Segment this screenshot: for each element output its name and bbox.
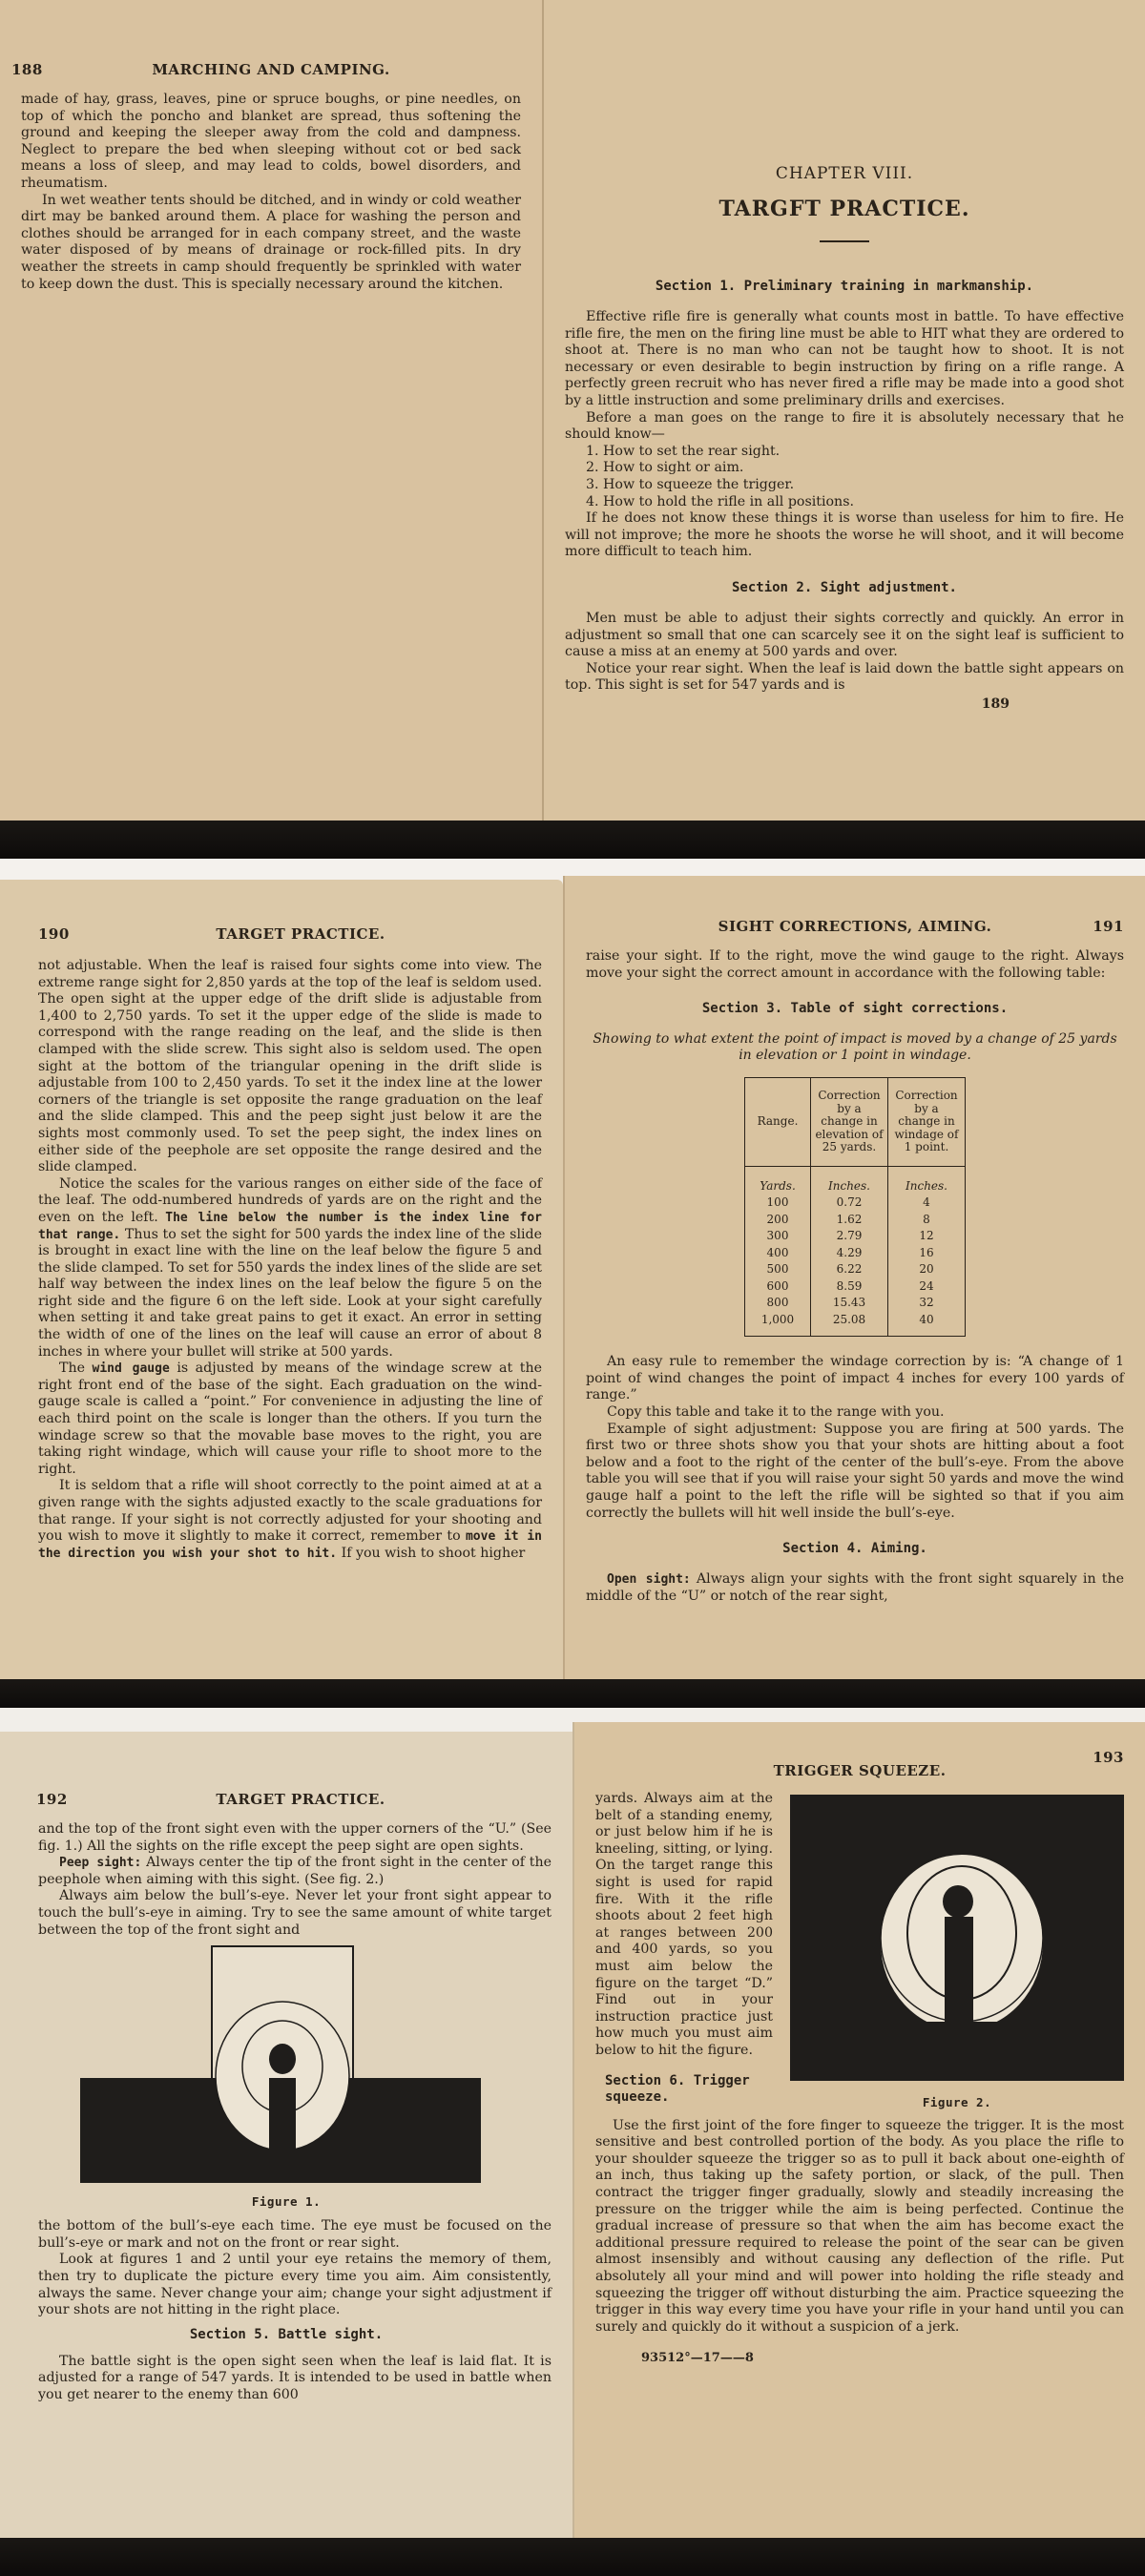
text-span: The <box>59 1361 93 1376</box>
cell: 500 <box>745 1261 811 1278</box>
section-heading: Section 2. Sight adjustment. <box>565 580 1124 595</box>
shadow <box>0 2538 1145 2576</box>
section-heading: Section 1. Preliminary training in markm… <box>565 279 1124 294</box>
page-number: 192 <box>36 1791 68 1808</box>
paragraph: Notice the scales for the various ranges… <box>38 1176 542 1361</box>
table-row: 1000.724 <box>745 1195 966 1212</box>
cell: 2.79 <box>811 1228 888 1245</box>
running-head-title: MARCHING AND CAMPING. <box>152 61 389 78</box>
bold-text: Peep sight: <box>59 1856 141 1870</box>
body-text: Figure 2. yards. Always aim at the belt … <box>595 1791 1124 2336</box>
table-row: 5006.2220 <box>745 1261 966 1278</box>
paragraph: and the top of the front sight even with… <box>38 1821 552 1855</box>
table-row: 6008.5924 <box>745 1278 966 1296</box>
list-item: 3. How to squeeze the trigger. <box>586 477 1124 494</box>
page-192: 192 TARGET PRACTICE. and the top of the … <box>0 1732 572 2562</box>
list-item: 4. How to hold the rifle in all position… <box>586 494 1124 511</box>
bold-text: Open sight: <box>607 1572 691 1587</box>
paragraph: Men must be able to adjust their sights … <box>565 611 1124 661</box>
photo-spread-188-189: 188 MARCHING AND CAMPING. made of hay, g… <box>0 0 1145 859</box>
paragraph: If he does not know these things it is w… <box>565 510 1124 561</box>
paragraph: raise your sight. If to the right, move … <box>586 948 1124 982</box>
cell: 0.72 <box>811 1195 888 1212</box>
cell: 200 <box>745 1212 811 1229</box>
text-span: If you wish to shoot higher <box>337 1546 525 1561</box>
unit-cell: Inches. <box>811 1166 888 1195</box>
page-191: SIGHT CORRECTIONS, AIMING. 191 raise you… <box>563 876 1145 1682</box>
table-row: 80015.4332 <box>745 1295 966 1312</box>
paragraph: Before a man goes on the range to fire i… <box>565 410 1124 444</box>
paragraph: not adjustable. When the leaf is raised … <box>38 958 542 1176</box>
chapter-title: TARGFT PRACTICE. <box>565 197 1124 221</box>
cell: 1.62 <box>811 1212 888 1229</box>
body-text: the bottom of the bull’s-eye each time. … <box>21 2218 552 2319</box>
figure-caption: Figure 1. <box>21 2194 552 2209</box>
page-188: 188 MARCHING AND CAMPING. made of hay, g… <box>0 0 542 821</box>
cell: 4 <box>888 1195 966 1212</box>
cell: 32 <box>888 1295 966 1312</box>
running-head: SIGHT CORRECTIONS, AIMING. 191 <box>586 918 1124 941</box>
running-head-title: TARGET PRACTICE. <box>216 925 385 943</box>
column-header: Correction by a change in windage of 1 p… <box>888 1078 966 1167</box>
paragraph: Effective rifle fire is generally what c… <box>565 309 1124 410</box>
paragraph: the bottom of the bull’s-eye each time. … <box>38 2218 552 2252</box>
cell: 16 <box>888 1245 966 1262</box>
table-row: Yards. Inches. Inches. <box>745 1166 966 1195</box>
paragraph: Example of sight adjustment: Suppose you… <box>586 1422 1124 1523</box>
paragraph: The wind gauge is adjusted by means of t… <box>38 1361 542 1478</box>
cell: 4.29 <box>811 1245 888 1262</box>
body-text: An easy rule to remember the windage cor… <box>586 1354 1124 1522</box>
list-item: 2. How to sight or aim. <box>586 460 1124 477</box>
paragraph: Copy this table and take it to the range… <box>586 1404 1124 1422</box>
table-row: 4004.2916 <box>745 1245 966 1262</box>
cell: 400 <box>745 1245 811 1262</box>
paragraph: It is seldom that a rifle will shoot cor… <box>38 1478 542 1562</box>
figure-1: Figure 1. <box>21 1944 552 2209</box>
body-text: Effective rifle fire is generally what c… <box>565 309 1124 444</box>
photo-spread-190-191: 190 TARGET PRACTICE. not adjustable. Whe… <box>0 859 1145 1708</box>
peep-sight-target-illustration <box>790 1795 1124 2081</box>
cell: 300 <box>745 1228 811 1245</box>
running-head-title: SIGHT CORRECTIONS, AIMING. <box>718 918 992 935</box>
running-head: 190 TARGET PRACTICE. <box>21 925 542 948</box>
body-text: If he does not know these things it is w… <box>565 510 1124 561</box>
paragraph: An easy rule to remember the windage cor… <box>586 1354 1124 1404</box>
cell: 600 <box>745 1278 811 1296</box>
paragraph: Open sight: Always align your sights wit… <box>586 1571 1124 1605</box>
body-text: Open sight: Always align your sights wit… <box>586 1571 1124 1605</box>
text-span: Thus to set the sight for 500 yards the … <box>38 1227 542 1360</box>
list-item: 1. How to set the rear sight. <box>586 444 1124 461</box>
requirements-list: 1. How to set the rear sight. 2. How to … <box>565 444 1124 510</box>
cell: 100 <box>745 1195 811 1212</box>
column-header: Range. <box>745 1078 811 1167</box>
page-190: 190 TARGET PRACTICE. not adjustable. Whe… <box>0 880 563 1681</box>
body-text: raise your sight. If to the right, move … <box>586 948 1124 982</box>
cell: 6.22 <box>811 1261 888 1278</box>
figure-caption: Figure 2. <box>790 2094 1124 2111</box>
page-number: 191 <box>1093 918 1124 935</box>
table-row: 2001.628 <box>745 1212 966 1229</box>
photo-spread-192-193: 192 TARGET PRACTICE. and the top of the … <box>0 1708 1145 2576</box>
page-189: CHAPTER VIII. TARGFT PRACTICE. Section 1… <box>542 0 1145 828</box>
cell: 800 <box>745 1295 811 1312</box>
table-caption: Showing to what extent the point of impa… <box>586 1031 1124 1064</box>
paragraph: In wet weather tents should be ditched, … <box>21 193 521 294</box>
cell: 8.59 <box>811 1278 888 1296</box>
page-number: 190 <box>38 925 70 943</box>
page-number: 189 <box>565 696 1124 712</box>
cell: 1,000 <box>745 1312 811 1337</box>
cell: 20 <box>888 1261 966 1278</box>
table-row: 1,00025.0840 <box>745 1312 966 1337</box>
chapter-number: CHAPTER VIII. <box>565 164 1124 183</box>
page-number: 188 <box>11 61 43 78</box>
front-sight-target-illustration <box>21 1944 555 2183</box>
running-head: TRIGGER SQUEEZE. 193 <box>595 1762 1124 1785</box>
sight-corrections-table: Range. Correction by a change in elevati… <box>744 1077 966 1337</box>
section-heading: Section 4. Aiming. <box>586 1541 1124 1556</box>
divider <box>820 240 869 242</box>
paragraph: Use the first joint of the fore finger t… <box>595 2118 1124 2337</box>
cell: 24 <box>888 1278 966 1296</box>
paragraph: made of hay, grass, leaves, pine or spru… <box>21 92 521 193</box>
cell: 8 <box>888 1212 966 1229</box>
unit-cell: Inches. <box>888 1166 966 1195</box>
running-head: 192 TARGET PRACTICE. <box>21 1791 552 1814</box>
page-number: 193 <box>1093 1749 1124 1766</box>
paragraph: Look at figures 1 and 2 until your eye r… <box>38 2252 552 2318</box>
running-head: 188 MARCHING AND CAMPING. <box>21 61 521 84</box>
shadow <box>0 1679 1145 1708</box>
paragraph: Notice your rear sight. When the leaf is… <box>565 661 1124 695</box>
body-text: The battle sight is the open sight seen … <box>21 2354 552 2404</box>
column-header: Correction by a change in elevation of 2… <box>811 1078 888 1167</box>
page-193: TRIGGER SQUEEZE. 193 Figure 2. yards. Al… <box>572 1722 1145 2557</box>
body-text: Men must be able to adjust their sights … <box>565 611 1124 695</box>
printer-signature: 93512°—17——8 <box>595 2351 1124 2365</box>
running-head-title: TARGET PRACTICE. <box>216 1791 385 1808</box>
cell: 40 <box>888 1312 966 1337</box>
cell: 12 <box>888 1228 966 1245</box>
paragraph: Always aim below the bull’s-eye. Never l… <box>38 1888 552 1939</box>
body-text: and the top of the front sight even with… <box>21 1821 552 1939</box>
unit-cell: Yards. <box>745 1166 811 1195</box>
bold-text: wind gauge <box>93 1361 170 1376</box>
text-span: is adjusted by means of the windage scre… <box>38 1361 542 1477</box>
section-heading: Section 3. Table of sight corrections. <box>586 1001 1124 1016</box>
cell: 15.43 <box>811 1295 888 1312</box>
body-text: not adjustable. When the leaf is raised … <box>21 958 542 1562</box>
figure-2: Figure 2. <box>790 1795 1124 2110</box>
paragraph: The battle sight is the open sight seen … <box>38 2354 552 2404</box>
table-row: 3002.7912 <box>745 1228 966 1245</box>
paragraph: Peep sight: Always center the tip of the… <box>38 1855 552 1888</box>
running-head-title: TRIGGER SQUEEZE. <box>774 1762 947 1779</box>
body-text: made of hay, grass, leaves, pine or spru… <box>21 92 521 293</box>
section-heading: Section 5. Battle sight. <box>21 2327 552 2342</box>
shadow <box>0 821 1145 859</box>
cell: 25.08 <box>811 1312 888 1337</box>
